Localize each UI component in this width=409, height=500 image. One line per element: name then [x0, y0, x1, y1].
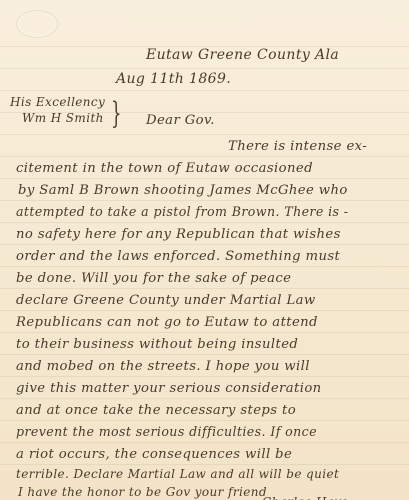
ruled-line [0, 200, 409, 201]
ruled-line [0, 376, 409, 377]
ruled-line [0, 222, 409, 223]
letter-date: Aug 11th 1869. [116, 72, 231, 86]
recipient-title: His Excellency [10, 96, 105, 108]
ruled-line [0, 420, 409, 421]
ruled-line [0, 310, 409, 311]
body-line: no safety here for any Republican that w… [16, 228, 341, 241]
body-line: to their business without being insulted [16, 338, 298, 351]
body-line: prevent the most serious difficulties. I… [16, 426, 317, 439]
recipient-name: Wm H Smith [22, 112, 104, 124]
body-line: citement in the town of Eutaw occasioned [16, 162, 313, 175]
body-line: by Saml B Brown shooting James McGhee wh… [18, 184, 348, 197]
ruled-line [0, 442, 409, 443]
body-line: There is intense ex- [228, 140, 367, 153]
signature: Charles Hays [262, 496, 348, 500]
ruled-line [0, 90, 409, 91]
body-line: and at once take the necessary steps to [16, 404, 296, 417]
ruled-line [0, 464, 409, 465]
salutation: Dear Gov. [146, 114, 215, 127]
ruled-line [0, 134, 409, 135]
body-line: a riot occurs, the consequences will be [16, 448, 292, 461]
body-line: terrible. Declare Martial Law and all wi… [16, 468, 339, 480]
body-line: attempted to take a pistol from Brown. T… [16, 206, 348, 219]
embossed-stamp [16, 10, 58, 38]
body-line: be done. Will you for the sake of peace [16, 272, 291, 285]
ruled-line [0, 266, 409, 267]
ruled-line [0, 156, 409, 157]
body-line: declare Greene County under Martial Law [16, 294, 316, 307]
ruled-line [0, 288, 409, 289]
body-line: Republicans can not go to Eutaw to atten… [16, 316, 318, 329]
ruled-line [0, 332, 409, 333]
body-line: give this matter your serious considerat… [16, 382, 322, 395]
ruled-line [0, 178, 409, 179]
body-line: order and the laws enforced. Something m… [16, 250, 340, 263]
ruled-line [0, 68, 409, 69]
letter-place: Eutaw Greene County Ala [146, 48, 339, 62]
ruled-line [0, 244, 409, 245]
ruled-line [0, 354, 409, 355]
letter-page: Eutaw Greene County Ala Aug 11th 1869. H… [0, 0, 409, 500]
closing-line: I have the honor to be Gov your friend [18, 486, 267, 498]
body-line: and mobed on the streets. I hope you wil… [16, 360, 310, 373]
ruled-line [0, 398, 409, 399]
brace-symbol: } [111, 96, 122, 131]
